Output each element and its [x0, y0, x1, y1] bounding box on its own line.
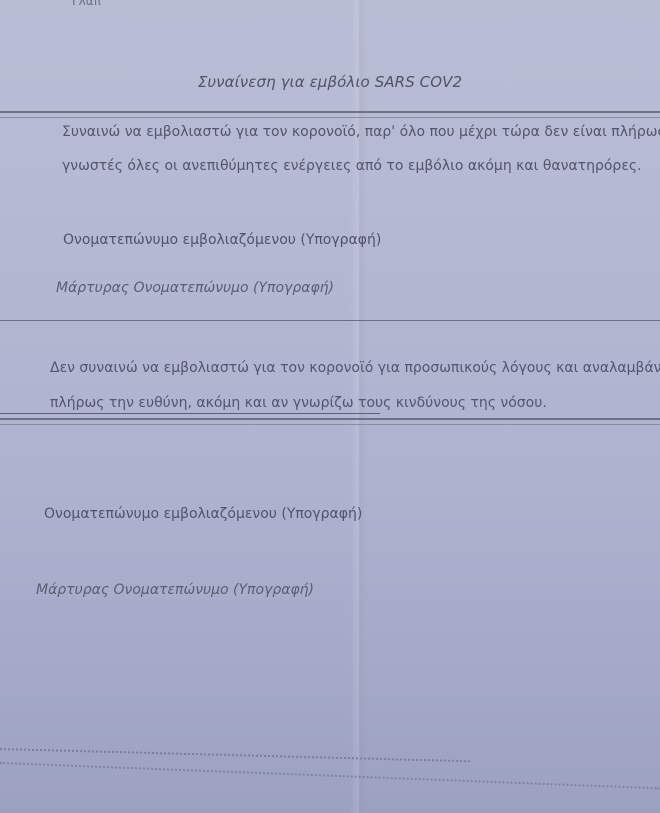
print-artifact-line	[0, 748, 470, 762]
refusal-divider	[0, 418, 660, 425]
consent-witness-signature-label: Μάρτυρας Ονοματεπώνυμο (Υπογραφή)	[56, 280, 334, 296]
consent-text-line-2: γνωστές όλες οι ανεπιθύμητες ενέργειες α…	[62, 158, 642, 174]
section-divider	[0, 320, 660, 321]
cropped-header-text: Γλαπ	[72, 0, 101, 8]
refusal-text-line-2: πλήρως την ευθύνη, ακόμη και αν γνωρίζω …	[50, 395, 547, 411]
refusal-underline	[0, 413, 380, 414]
document-title: Συναίνεση για εμβόλιο SARS COV2	[0, 73, 660, 91]
title-divider	[0, 111, 660, 118]
refusal-text-line-1: Δεν συναινώ να εμβολιαστώ για τον κορονο…	[50, 360, 650, 376]
refusal-witness-signature-label: Μάρτυρας Ονοματεπώνυμο (Υπογραφή)	[36, 582, 314, 598]
consent-form-page: Γλαπ Συναίνεση για εμβόλιο SARS COV2 Συν…	[0, 0, 660, 813]
consent-text-line-1: Συναινώ να εμβολιαστώ για τον κορονοϊό, …	[62, 124, 649, 140]
refusal-vaccinee-signature-label: Ονοματεπώνυμο εμβολιαζόμενου (Υπογραφή)	[44, 506, 362, 522]
print-artifact-line	[0, 762, 660, 789]
consent-vaccinee-signature-label: Ονοματεπώνυμο εμβολιαζόμενου (Υπογραφή)	[63, 232, 381, 248]
